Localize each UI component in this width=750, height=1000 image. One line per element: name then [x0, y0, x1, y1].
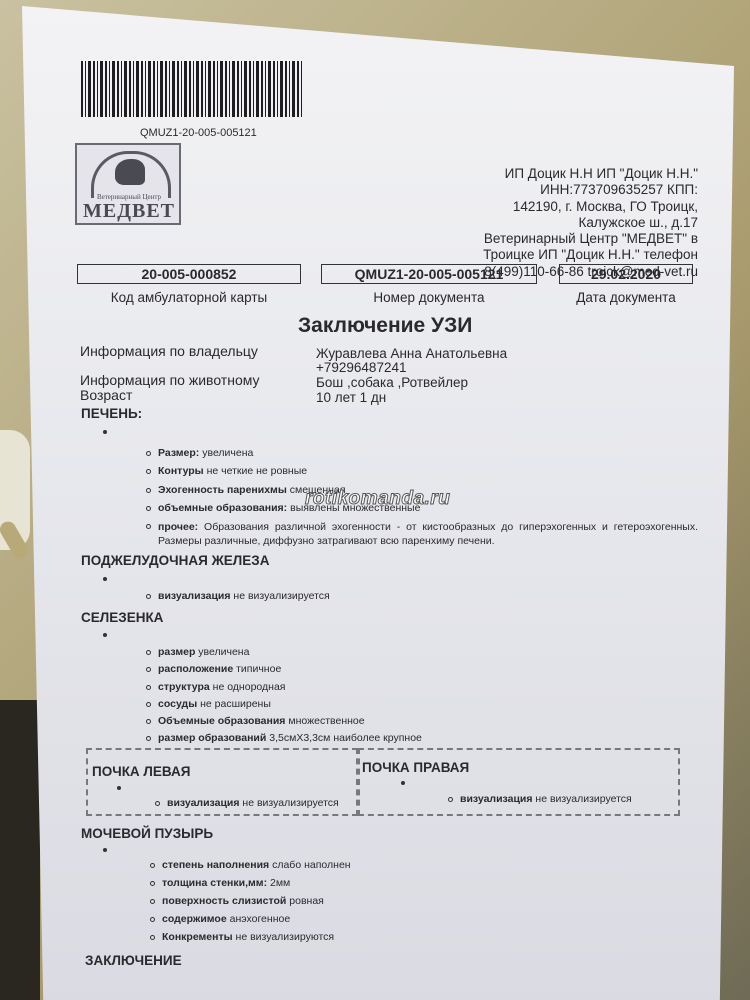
org-line: ИП Доцик Н.Н ИП "Доцик Н.Н." — [398, 166, 698, 182]
barcode-text: QMUZ1-20-005-005121 — [140, 127, 257, 139]
pancreas-heading: ПОДЖЕЛУДОЧНАЯ ЖЕЛЕЗА — [81, 553, 269, 568]
animal-value: Бош ,собака ,Ротвейлер — [316, 375, 468, 390]
doc-date-value: 29.02.2020 — [559, 264, 693, 284]
kidney-right-box — [358, 748, 680, 816]
liver-heading: ПЕЧЕНЬ: — [81, 406, 142, 421]
spleen-item: размер увеличена — [158, 646, 249, 658]
org-line: Ветеринарный Центр "МЕДВЕТ" в — [398, 231, 698, 247]
liver-item: прочее: Образования различной эхогенност… — [158, 520, 698, 548]
bladder-item: степень наполнения слабо наполнен — [162, 859, 351, 871]
barcode-icon — [81, 61, 303, 117]
bladder-item: поверхность слизистой ровная — [162, 895, 324, 907]
liver-item: Контуры не четкие не ровные — [158, 465, 307, 477]
kidney-right-heading: ПОЧКА ПРАВАЯ — [362, 760, 469, 775]
bullet-icon — [103, 848, 107, 852]
pancreas-item: визуализация не визуализируется — [158, 590, 330, 602]
liver-item: Размер: увеличена — [158, 447, 253, 459]
doc-date-label: Дата документа — [559, 290, 693, 305]
bullet-icon — [401, 781, 405, 785]
age-label: Возраст — [80, 387, 132, 403]
doc-number-label: Номер документа — [321, 290, 537, 305]
spleen-item: Объемные образования множественное — [158, 715, 365, 727]
kidney-left-heading: ПОЧКА ЛЕВАЯ — [92, 764, 190, 779]
animal-label: Информация по животному — [80, 372, 260, 388]
owner-phone: +79296487241 — [316, 360, 406, 375]
watermark: rotikomanda.ru — [305, 488, 450, 510]
org-line: Калужское ш., д.17 — [398, 215, 698, 231]
bullet-icon — [117, 786, 121, 790]
org-line: Троицке ИП "Доцик Н.Н." телефон — [398, 247, 698, 263]
bullet-icon — [103, 633, 107, 637]
bladder-heading: МОЧЕВОЙ ПУЗЫРЬ — [81, 826, 213, 841]
spleen-heading: СЕЛЕЗЕНКА — [81, 610, 163, 625]
bladder-item: Конкременты не визуализируются — [162, 931, 334, 943]
spleen-item: расположение типичное — [158, 663, 281, 675]
kidney-right-item: визуализация не визуализируется — [460, 793, 632, 805]
logo-name: МЕДВЕТ — [81, 200, 177, 223]
conclusion-heading: ЗАКЛЮЧЕНИЕ — [85, 953, 182, 968]
bullet-icon — [103, 430, 107, 434]
organization-info: ИП Доцик Н.Н ИП "Доцик Н.Н." ИНН:7737096… — [398, 166, 698, 280]
card-code-value: 20-005-000852 — [77, 264, 301, 284]
card-code-label: Код амбулаторной карты — [77, 290, 301, 305]
spleen-item: сосуды не расширены — [158, 698, 271, 710]
age-value: 10 лет 1 дн — [316, 390, 386, 405]
page-title: Заключение УЗИ — [298, 314, 472, 338]
clinic-logo: Ветеринарный Центр МЕДВЕТ — [75, 143, 181, 225]
bladder-item: содержимое анэхогенное — [162, 913, 290, 925]
bullet-icon — [103, 577, 107, 581]
spleen-item: структура не однородная — [158, 681, 285, 693]
dog-cat-icon — [115, 159, 145, 185]
owner-label: Информация по владельцу — [80, 343, 258, 359]
owner-name: Журавлева Анна Анатольевна — [316, 346, 507, 361]
doc-number-value: QMUZ1-20-005-005121 — [321, 264, 537, 284]
spleen-item: размер образований 3,5смХ3,3см наиболее … — [158, 732, 422, 744]
org-line: ИНН:773709635257 КПП: — [398, 182, 698, 198]
org-line: 142190, г. Москва, ГО Троицк, — [398, 199, 698, 215]
kidney-left-item: визуализация не визуализируется — [167, 797, 339, 809]
bladder-item: толщина стенки,мм: 2мм — [162, 877, 290, 889]
document: QMUZ1-20-005-005121 Ветеринарный Центр М… — [0, 0, 750, 1000]
